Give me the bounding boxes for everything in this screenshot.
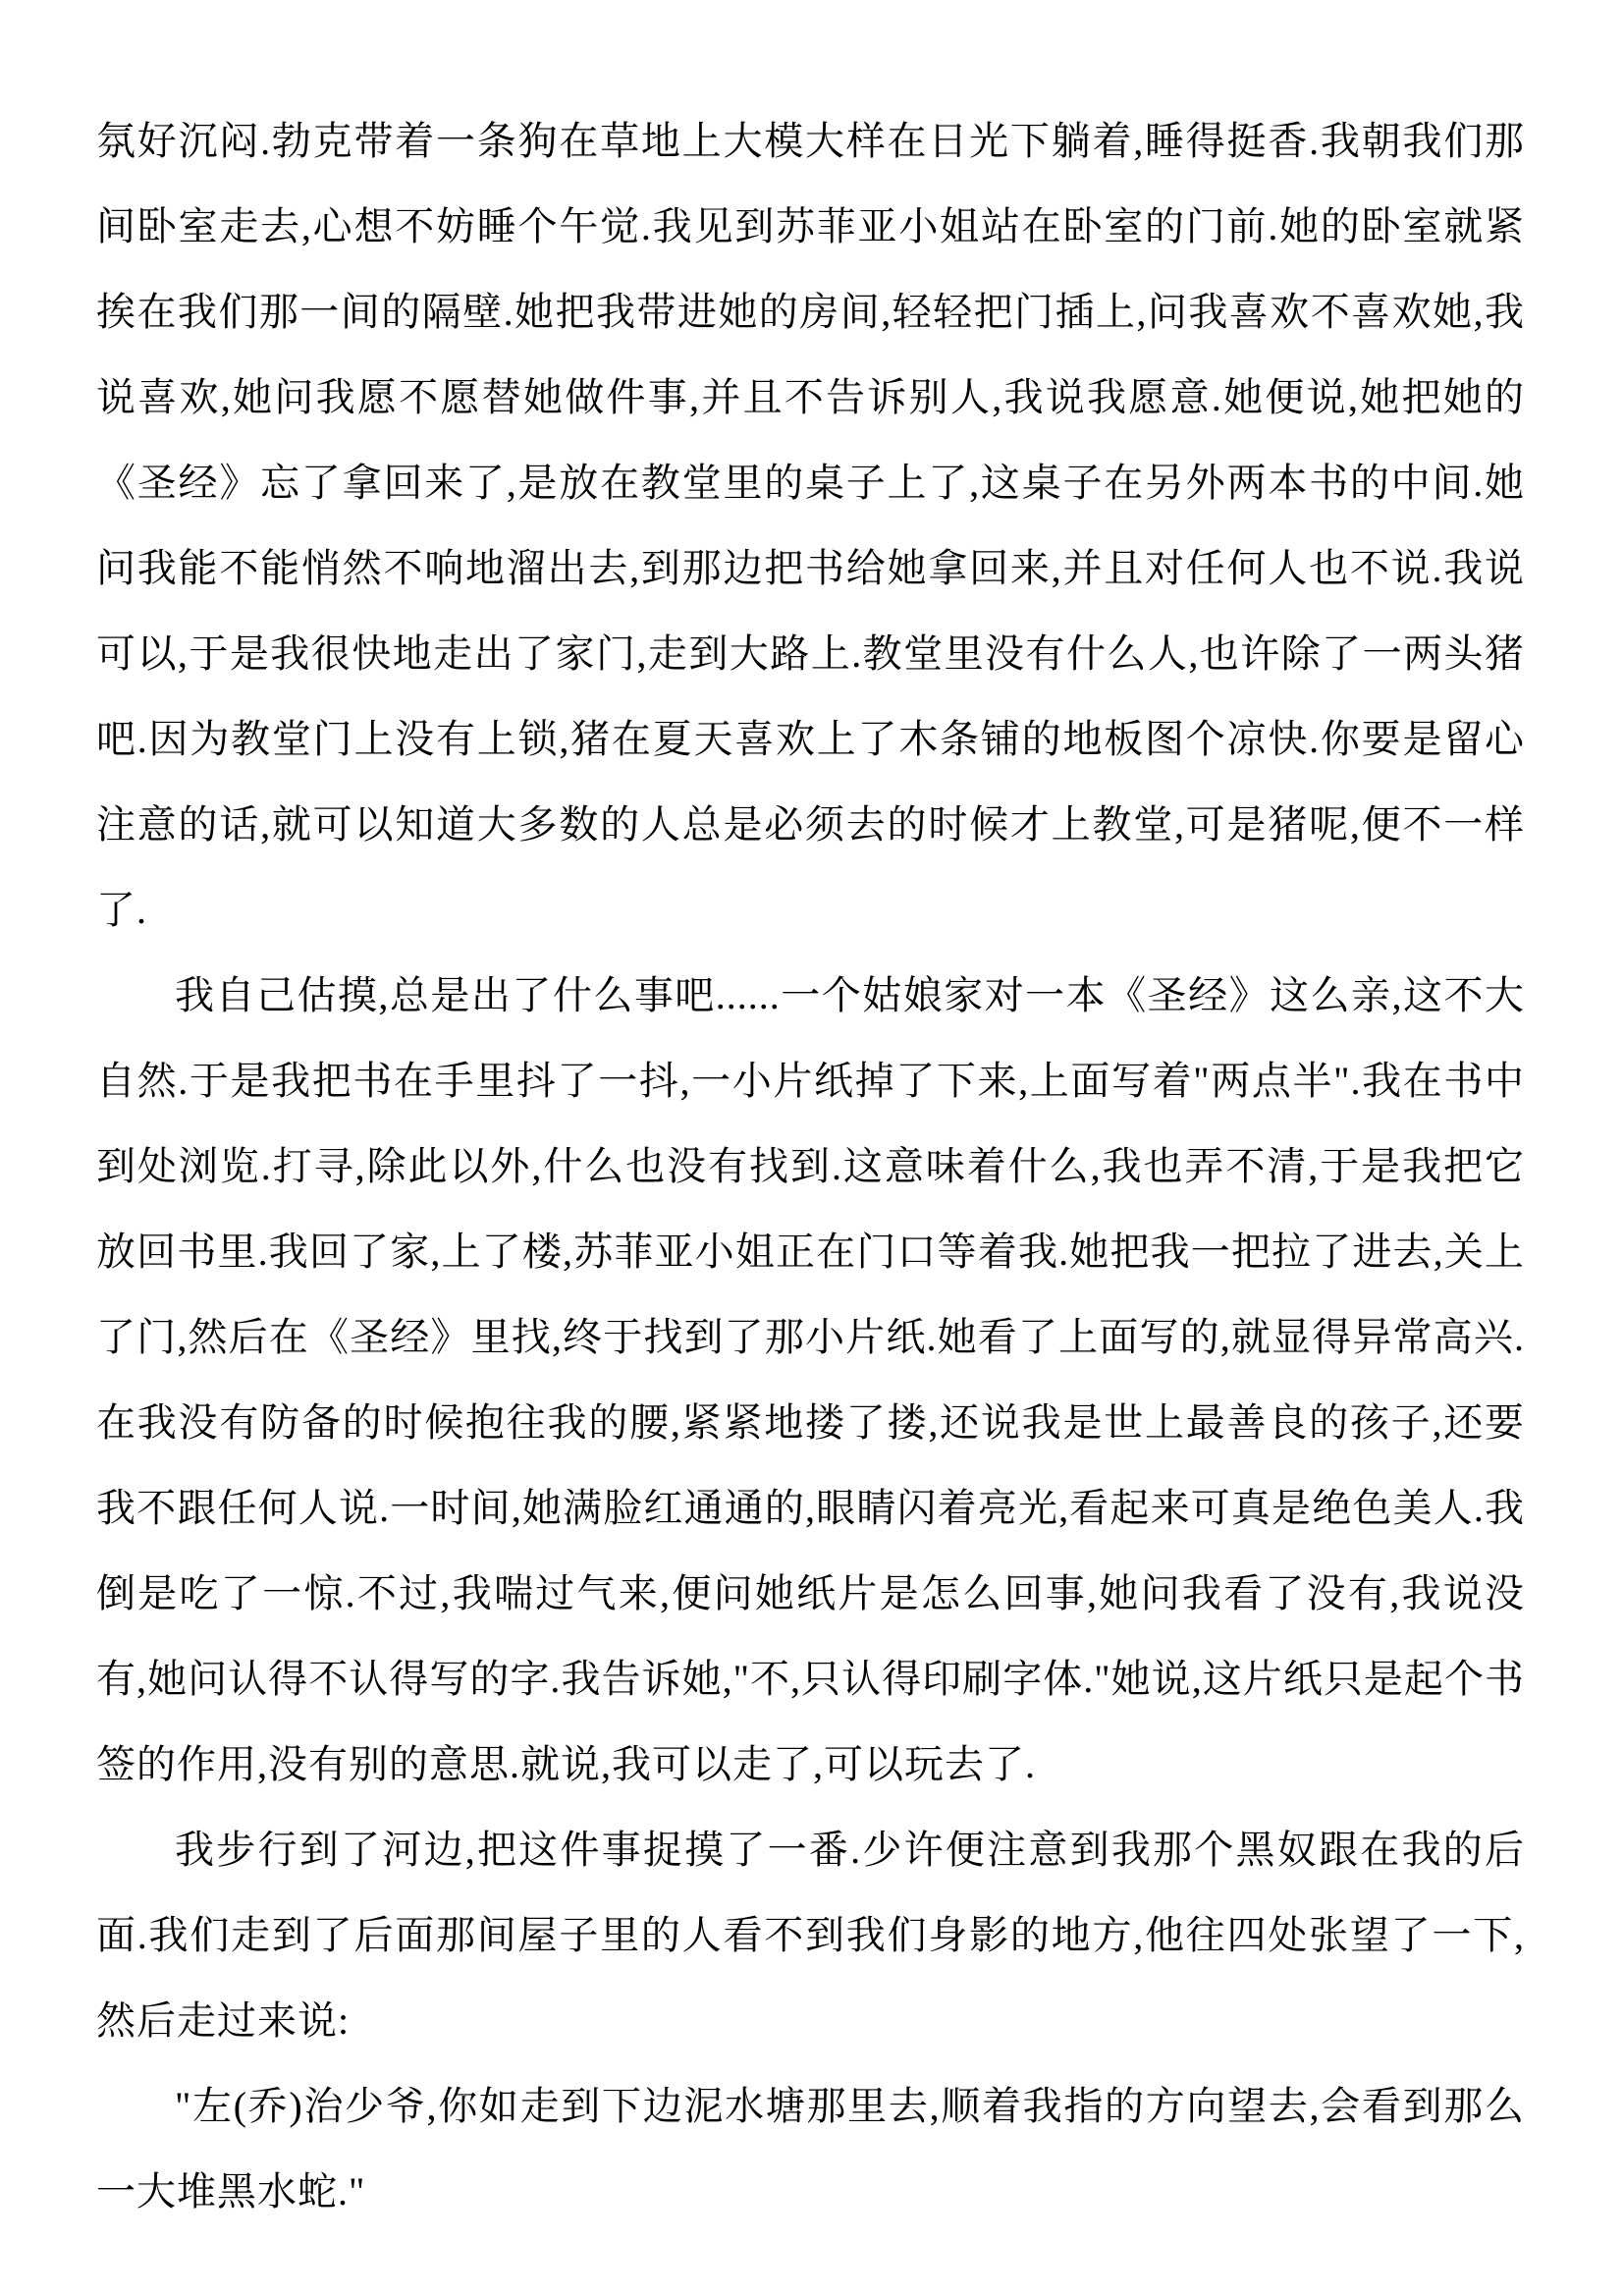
paragraph-2: 我自己估摸,总是出了什么事吧......一个姑娘家对一本《圣经》这么亲,这不大自…: [96, 953, 1525, 1807]
paragraph-3: 我步行到了河边,把这件事捉摸了一番.少许便注意到我那个黑奴跟在我的后面.我们走到…: [96, 1807, 1525, 2063]
document-page: 氛好沉闷.勃克带着一条狗在草地上大模大样在日光下躺着,睡得挺香.我朝我们那间卧室…: [0, 0, 1623, 2296]
paragraph-1: 氛好沉闷.勃克带着一条狗在草地上大模大样在日光下躺着,睡得挺香.我朝我们那间卧室…: [96, 98, 1525, 953]
paragraph-4: "左(乔)治少爷,你如走到下边泥水塘那里去,顺着我指的方向望去,会看到那么一大堆…: [96, 2063, 1525, 2234]
